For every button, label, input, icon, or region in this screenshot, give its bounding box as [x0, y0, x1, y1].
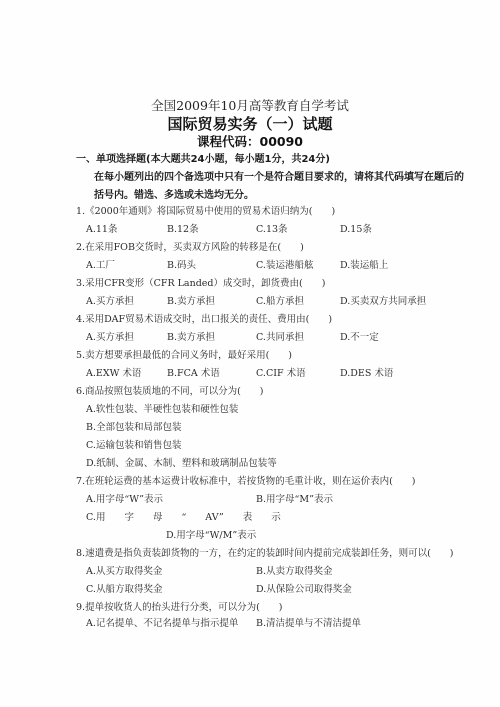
question-6-stem: 6.商品按照包装质地的不同，可以分为( ) — [76, 383, 263, 397]
question-5-option-c: C.CIF 术语 — [256, 365, 306, 379]
question-7-option-b: B.用字母“M”表示 — [256, 491, 333, 505]
question-5-option-b: B.FCA 术语 — [167, 365, 220, 379]
question-7-option-d: D.用字母“W/M”表示 — [166, 527, 256, 541]
question-3-option-c: C.船方承担 — [256, 293, 304, 307]
question-4-option-d: D.不一定 — [340, 329, 379, 343]
question-1-stem: 1.《2000年通则》将国际贸易中使用的贸易术语归纳为( ) — [76, 203, 335, 217]
question-3-option-d: D.买卖双方共同承担 — [340, 293, 426, 307]
question-1-option-d: D.15条 — [340, 221, 372, 235]
exam-title: 国际贸易实务（一）试题 — [0, 113, 500, 134]
question-8-option-c: C.从船方取得奖金 — [86, 581, 162, 595]
question-5-stem: 5.卖方想要承担最低的合同义务时，最好采用( ) — [76, 347, 292, 361]
question-2-option-b: B.码头 — [167, 257, 196, 271]
question-3-option-b: B.卖方承担 — [167, 293, 215, 307]
exam-line: 全国2009年10月高等教育自学考试 — [0, 96, 500, 114]
question-2-stem: 2.在采用FOB交货时，买卖双方风险的转移是在( ) — [76, 239, 304, 253]
question-1-option-b: B.12条 — [167, 221, 199, 235]
instructions-line-1: 在每小题列出的四个备选项中只有一个是符合题目要求的，请将其代码填写在题后的 — [94, 168, 464, 183]
question-3-stem: 3.采用CFR变形（CFR Landed）成交时，卸货费由( ) — [76, 275, 325, 289]
question-9-stem: 9.提单按收货人的抬头进行分类，可以分为( ) — [76, 599, 282, 613]
question-4-option-a: A.买方承担 — [86, 329, 134, 343]
question-7-option-a: A.用字母“W”表示 — [86, 491, 163, 505]
question-6-option-d: D.纸制、金属、木制、塑料和玻璃制品包装等 — [86, 455, 277, 469]
question-7-option-c: C.用 字 母 “ AV” 表 示 — [86, 509, 281, 523]
instructions-line-2: 括号内。错选、多选或未选均无分。 — [94, 186, 254, 201]
question-9-option-a: A.记名提单、不记名提单与指示提单 — [86, 615, 238, 629]
question-2-option-c: C.装运港船舷 — [256, 257, 313, 271]
question-8-option-d: D.从保险公司取得奖金 — [256, 581, 352, 595]
question-3-option-a: A.买方承担 — [86, 293, 134, 307]
question-2-option-d: D.装运船上 — [340, 257, 388, 271]
question-2-option-a: A.工厂 — [86, 257, 115, 271]
course-code: 课程代码：00090 — [0, 132, 500, 150]
question-4-option-b: B.卖方承担 — [167, 329, 215, 343]
question-8-stem: 8.速遣费是指负责装卸货物的一方，在约定的装卸时间内提前完成装卸任务，则可以( … — [76, 545, 453, 559]
question-9-option-b: B.清洁提单与不清洁提单 — [256, 615, 361, 629]
question-5-option-a: A.EXW 术语 — [86, 365, 141, 379]
question-1-option-c: C.13条 — [256, 221, 288, 235]
question-6-option-c: C.运输包装和销售包装 — [86, 437, 181, 451]
question-8-option-b: B.从卖方取得奖金 — [256, 563, 333, 577]
section-heading: 一、单项选择题(本大题共24小题，每小题1分，共24分) — [76, 150, 330, 165]
question-1-option-a: A.11条 — [86, 221, 117, 235]
question-7-stem: 7.在班轮运费的基本运费计收标准中，若按货物的毛重计收，则在运价表内( ) — [76, 473, 415, 487]
question-4-stem: 4.采用DAF贸易术语成交时，出口报关的责任、费用由( ) — [76, 311, 332, 325]
question-5-option-d: D.DES 术语 — [340, 365, 393, 379]
question-6-option-b: B.全部包装和局部包装 — [86, 419, 182, 433]
exam-page: 全国2009年10月高等教育自学考试 国际贸易实务（一）试题 课程代码：0009… — [0, 0, 500, 707]
question-6-option-a: A.软性包装、半硬性包装和硬性包装 — [86, 401, 238, 415]
question-4-option-c: C.共同承担 — [256, 329, 304, 343]
question-8-option-a: A.从买方取得奖金 — [86, 563, 162, 577]
